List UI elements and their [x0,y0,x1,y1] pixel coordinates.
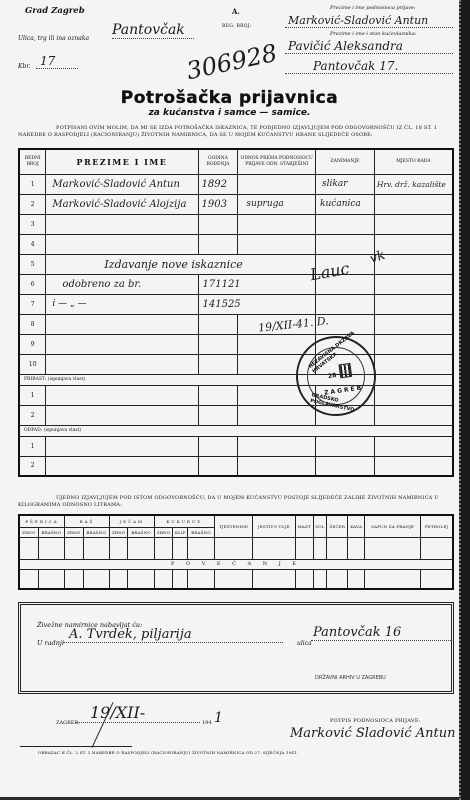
row-name [46,314,198,334]
row-year: 1903 [198,194,238,214]
house-no-value: 17 [36,54,78,69]
row-workplace [374,234,453,254]
row-number: 141525 [198,294,316,314]
row-year [198,334,238,354]
form-letter: A. [232,7,240,16]
header-relation: ODNOS PREMA PODNOSIOCU PRIJAVE ODN. STAR… [238,149,316,174]
supplies-header: PŠENICA RAŽ JEČAM KUKURUZ TJESTENINE JES… [19,515,453,527]
table-row: 1 Marković-Sladović Antun 1892 slikar Hr… [19,174,453,194]
year-suffix: 1 [214,710,223,726]
sub-zrno: ZRNO [19,527,38,537]
row-relation: supruga [238,194,316,214]
row-no: 8 [19,314,46,334]
supplies-values-row [19,537,453,559]
footer-divider [20,746,132,747]
sub-brasno: BRAŠNO [128,527,154,537]
header-psenica: PŠENICA [19,515,65,527]
row-year [198,354,238,374]
prirast-row: 2 [19,405,453,425]
persons-table-header: REDNI BROJ PREZIME I IME GODINA ROĐENJA … [19,149,453,174]
increase-values-row [19,569,453,589]
row-workplace [374,214,453,234]
header-petrolej: PETROLEJ [421,515,453,537]
header-occupation: ZANIMANJE [316,149,375,174]
header-secer: ŠEĆER [327,515,348,537]
sub-zrno: ZRNO [109,527,127,537]
row-no: 2 [19,405,46,425]
row-no: 1 [19,385,46,405]
prirast-row: 1 [19,385,453,405]
header-tjestenine: TJESTENINE [214,515,253,537]
row-no: 1 [19,436,46,456]
signature-label: POTPIS PODNOSIOCA PRIJAVE: [330,718,421,724]
sub-brasno: BRAŠNO [38,527,64,537]
header-sapun: SAPUN ZA PRANJE [364,515,420,537]
row-occupation [316,294,375,314]
increase-label: P O V E Ć A N J E [19,559,453,569]
row-no: 7 [19,294,46,314]
row-year [198,234,238,254]
header-kukuruz: KUKURUZ [154,515,214,527]
odpad-row: 1 [19,436,453,456]
row-annotation: Izdavanje nove iskaznice [46,254,316,274]
table-row: 9 [19,334,453,354]
table-row: 10 [19,354,453,374]
applicant-signature: Marković Sladović Antun [290,726,456,741]
sub-klip: KLIP [173,527,188,537]
applicant-value: Marković-Sladović Antun [285,14,453,28]
header-raz: RAŽ [65,515,110,527]
row-name: i — „ — [46,294,198,314]
row-workplace [374,314,453,334]
header-workplace: MJESTO RADA [374,149,453,174]
row-year [198,214,238,234]
intro-text: POTPISANI OVIM MOLIM, DA MI SE IZDA POTR… [18,125,456,139]
house-no-label: Kbr. [18,63,30,70]
row-no: 10 [19,354,46,374]
row-no: 2 [19,456,46,476]
odpad-section: ODPAD: (ispunjava vlast) [19,425,453,436]
table-row: 2 Marković-Sladović Alojzija 1903 suprug… [19,194,453,214]
shop-street-value: Pantovčak 16 [311,625,451,641]
sub-brasno: BRAŠNO [83,527,109,537]
sub-brasno: BRAŠNO [188,527,214,537]
row-name [46,354,198,374]
page-title: Potrošačka prijavnica [0,88,459,108]
table-row: 8 [19,314,453,334]
header-no: REDNI BROJ [19,149,46,174]
row-occupation [316,234,375,254]
row-number: 171121 [198,274,316,294]
row-workplace [374,294,453,314]
header-year: GODINA ROĐENJA [198,149,238,174]
row-workplace [374,254,453,274]
form-note: OBRAZAC K ČL. 2 ST. 2 NAREDBE O RASPODJE… [38,750,298,755]
row-name: Marković-Sladović Alojzija [46,194,198,214]
row-occupation: slikar [316,174,375,194]
row-workplace: Hrv. drž. kazalište [374,174,453,194]
document-page: Grad Zagreb A. Ulica, trg ili ina oznaka… [0,0,459,797]
prirast-label: PRIRAST: (ispunjava vlast) [19,374,453,385]
row-no: 6 [19,274,46,294]
row-no: 9 [19,334,46,354]
row-no: 1 [19,174,46,194]
landlord-address: Pantovčak 17. [285,59,453,74]
perforated-edge [459,0,470,800]
header-name: PREZIME I IME [46,149,198,174]
street-label: Ulica, trg ili ina oznaka [18,35,89,42]
odpad-label: ODPAD: (ispunjava vlast) [19,425,453,436]
row-year [198,314,238,334]
landlord-value: Pavičić Aleksandra [285,39,453,54]
table-row: 5 Izdavanje nove iskaznice [19,254,453,274]
row-name [46,214,198,234]
sub-zrno: ZRNO [65,527,83,537]
row-relation [238,214,316,234]
header-jecam: JEČAM [109,515,154,527]
row-workplace [374,194,453,214]
date-value: 19/XII- [76,703,200,723]
supplies-table: PŠENICA RAŽ JEČAM KUKURUZ TJESTENINE JES… [18,514,454,590]
row-workplace [374,334,453,354]
shop-value: A. Tvrdek, piljarija [63,627,283,643]
landlord-label: Prezime i ime-i stan kućevlasnika: [330,31,416,37]
shop-label: U radnji [37,639,64,647]
row-year: 1892 [198,174,238,194]
prirast-section: PRIRAST: (ispunjava vlast) [19,374,453,385]
header-mast: MAST [295,515,313,537]
persons-table: REDNI BROJ PREZIME I IME GODINA ROĐENJA … [18,148,454,477]
coat-of-arms-icon [338,363,352,379]
shop-box: Živežne namirnice nabavljat ću: U radnji… [18,602,454,694]
header-jestivo-ulje: JESTIVO ULJE [253,515,295,537]
header-sol: SOL [313,515,326,537]
sub-zrno: ZRNO [154,527,172,537]
archive-stamp: DRŽAVNI ARHIV U ZAGREBU [315,675,386,681]
street-value: Pantovčak [112,22,194,39]
page-subtitle: za kućanstva i samce — samice. [0,108,459,118]
row-name [46,234,198,254]
row-relation [238,234,316,254]
supplies-text: UJEDNO IZJAVLJUJEM POD ISTOM ODGOVORNOŠĆ… [18,495,456,509]
row-relation [238,174,316,194]
row-occupation: kućanica [316,194,375,214]
year-prefix: 194 [202,720,212,726]
row-name [46,334,198,354]
reg-no-label: REG. BROJ: [222,24,252,29]
header-kava: KAVA [348,515,364,537]
row-no: 2 [19,194,46,214]
table-row: 7 i — „ — 141525 [19,294,453,314]
shop-street-label: ulica [297,640,312,647]
table-row: 3 [19,214,453,234]
row-workplace [374,354,453,374]
applicant-label: Prezime i ime podnosioca prijave: [330,5,416,11]
odpad-row: 2 [19,456,453,476]
row-occupation [316,214,375,234]
row-name: odobreno za br. [46,274,198,294]
row-workplace [374,274,453,294]
table-row: 4 [19,234,453,254]
row-no: 3 [19,214,46,234]
city-label: Grad Zagreb [25,6,85,16]
row-no: 5 [19,254,46,274]
row-name: Marković-Sladović Antun [46,174,198,194]
increase-row-label: P O V E Ć A N J E [19,559,453,569]
row-no: 4 [19,234,46,254]
table-row: 6 odobreno za br. 171121 [19,274,453,294]
reg-no-value: 306928 [184,39,279,85]
stamp-number: 28 [328,372,337,380]
